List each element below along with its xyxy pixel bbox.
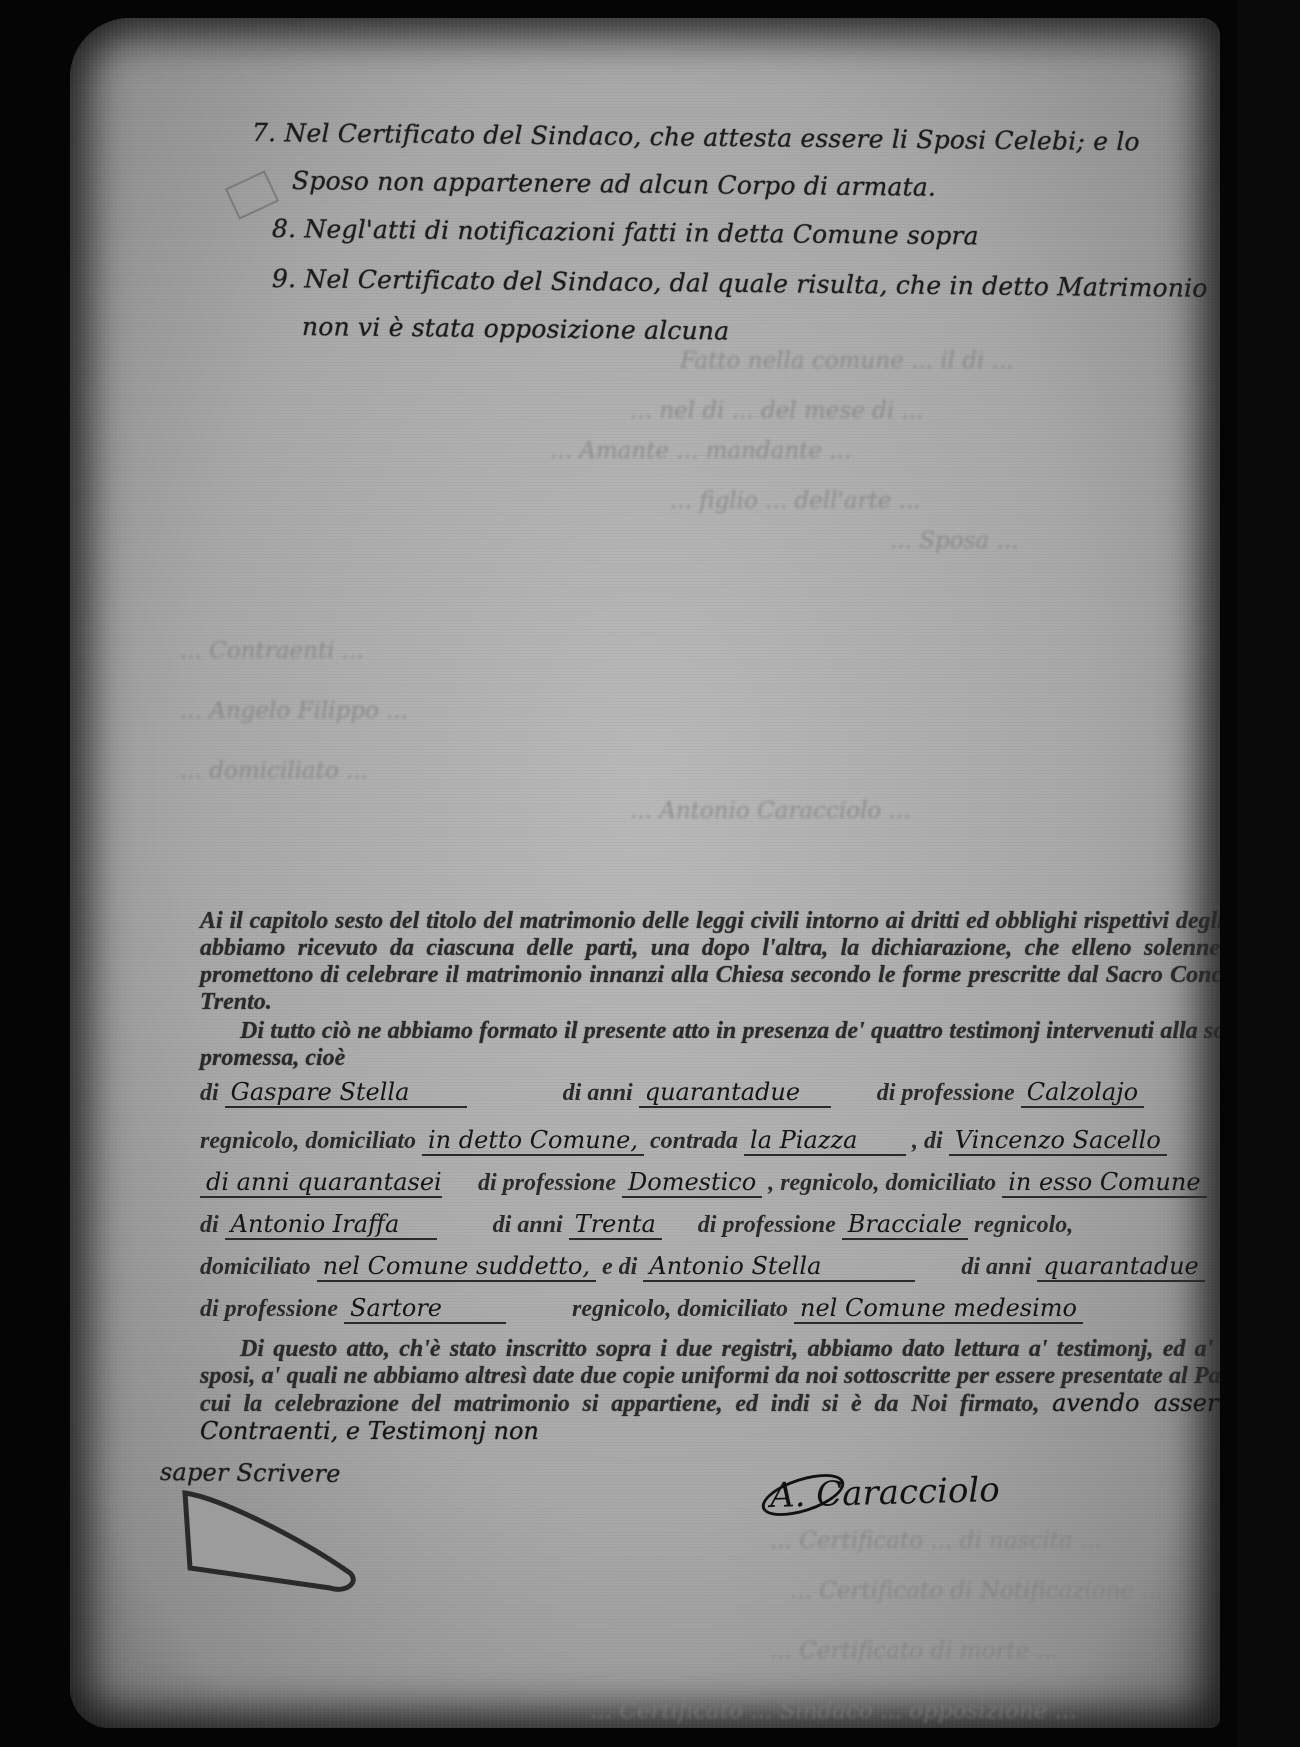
scan-border-right bbox=[1238, 0, 1300, 1747]
witness-1-name: Gaspare Stella bbox=[225, 1078, 467, 1108]
witness-row-2: regnicolo, domiciliato in detto Comune, … bbox=[200, 1126, 1210, 1156]
witness-4-age: quarantadue bbox=[1037, 1252, 1204, 1282]
label: di professione bbox=[200, 1296, 338, 1323]
label: regnicolo, bbox=[974, 1212, 1073, 1239]
label: di anni bbox=[961, 1254, 1031, 1281]
label: regnicolo, domiciliato bbox=[200, 1128, 416, 1155]
witness-1-age: quarantadue bbox=[639, 1078, 831, 1108]
witness-1-domicile: in detto Comune, bbox=[422, 1126, 644, 1156]
label: , di bbox=[912, 1128, 943, 1155]
witness-4-domicile: nel Comune medesimo bbox=[794, 1294, 1083, 1324]
paper-fold-tab-icon bbox=[180, 1488, 365, 1598]
label: di anni bbox=[563, 1080, 633, 1107]
witness-2-name: Vincenzo Sacello bbox=[949, 1126, 1167, 1156]
witness-3-domicile: nel Comune suddetto, bbox=[317, 1252, 596, 1282]
handwritten-line-8: 8. Negl'atti di notificazioni fatti in d… bbox=[272, 214, 979, 250]
bleed-line: ... Sposa ... bbox=[890, 528, 1018, 554]
witness-row-5: domiciliato nel Comune suddetto, e di An… bbox=[200, 1252, 1210, 1282]
printed-text: Ai il capitolo sesto del titolo del matr… bbox=[200, 908, 1220, 1016]
printed-paragraph-2: Di tutto ciò ne abbiamo formato il prese… bbox=[200, 1018, 1220, 1072]
witness-row-1: di Gaspare Stella di anni quarantadue di… bbox=[200, 1078, 1210, 1108]
witness-2-profession: Domestico bbox=[622, 1168, 762, 1198]
witness-row-4: di Antonio Iraffa di anni Trenta di prof… bbox=[200, 1210, 1210, 1240]
witness-2-age: di anni quarantasei bbox=[200, 1168, 442, 1198]
witness-row-3: di anni quarantasei di professione Domes… bbox=[200, 1168, 1210, 1198]
witness-4-profession: Sartore bbox=[344, 1294, 506, 1324]
label: domiciliato bbox=[200, 1254, 311, 1281]
bleed-line: ... Certificato ... di nascita ... bbox=[770, 1528, 1102, 1554]
bleed-line: ... Certificato ... Sindaco ... opposizi… bbox=[590, 1698, 1077, 1724]
witness-1-profession: Calzolajo bbox=[1021, 1078, 1144, 1108]
label: regnicolo, domiciliato bbox=[572, 1296, 788, 1323]
label: di bbox=[200, 1212, 219, 1239]
bleed-line: ... nel di ... del mese di ... bbox=[630, 398, 923, 424]
label: di professione bbox=[877, 1080, 1015, 1107]
handwritten-line-9: 9. Nel Certificato del Sindaco, dal qual… bbox=[272, 264, 1208, 303]
label: , regnicolo, domiciliato bbox=[768, 1170, 996, 1197]
witness-3-profession: Bracciale bbox=[842, 1210, 968, 1240]
handwritten-saper-scrivere: saper Scrivere bbox=[160, 1458, 341, 1488]
printed-text: Di tutto ciò ne abbiamo formato il prese… bbox=[200, 1018, 1220, 1072]
label: di anni bbox=[493, 1212, 563, 1239]
bleed-line: ... figlio ... dell'arte ... bbox=[670, 488, 921, 514]
handwritten-line-7: 7. Nel Certificato del Sindaco, che atte… bbox=[252, 118, 1140, 156]
label: contrada bbox=[650, 1128, 738, 1155]
witness-3-name: Antonio Iraffa bbox=[225, 1210, 437, 1240]
label: di professione bbox=[478, 1170, 616, 1197]
witness-3-age: Trenta bbox=[569, 1210, 662, 1240]
bleed-line: ... Amante ... mandante ... bbox=[550, 438, 851, 464]
witness-2-domicile: in esso Comune bbox=[1002, 1168, 1206, 1198]
handwritten-line-9b: non vi è stata opposizione alcuna bbox=[302, 312, 730, 345]
printed-paragraph-3: Di questo atto, ch'è stato inscritto sop… bbox=[200, 1336, 1220, 1446]
bleed-line: ... Certificato di Notificazione ... bbox=[790, 1578, 1163, 1604]
faint-stamp-mark bbox=[225, 170, 279, 219]
bleed-line: ... Contraenti ... bbox=[180, 638, 364, 664]
label: di bbox=[200, 1080, 219, 1107]
bleed-line: ... Certificato di morte ... bbox=[770, 1638, 1059, 1664]
witness-1-street: la Piazza bbox=[744, 1126, 906, 1156]
witness-4-name: Antonio Stella bbox=[643, 1252, 915, 1282]
bleed-line: ... Antonio Caracciolo ... bbox=[630, 798, 911, 824]
label: e di bbox=[602, 1254, 637, 1281]
bleed-line: ... Angelo Filippo ... bbox=[180, 698, 408, 724]
document-page: 7. Nel Certificato del Sindaco, che atte… bbox=[70, 18, 1220, 1728]
witness-row-6: di professione Sartore regnicolo, domici… bbox=[200, 1294, 1210, 1324]
label: di professione bbox=[698, 1212, 836, 1239]
official-signature: A. Caracciolo bbox=[770, 1470, 1001, 1516]
bleed-line: ... domiciliato ... bbox=[180, 758, 368, 784]
printed-paragraph-1: Ai il capitolo sesto del titolo del matr… bbox=[200, 908, 1220, 1016]
bleed-line: Fatto nella comune ... il di ... bbox=[680, 348, 1014, 374]
handwritten-line-7b: Sposo non appartenere ad alcun Corpo di … bbox=[292, 166, 936, 202]
